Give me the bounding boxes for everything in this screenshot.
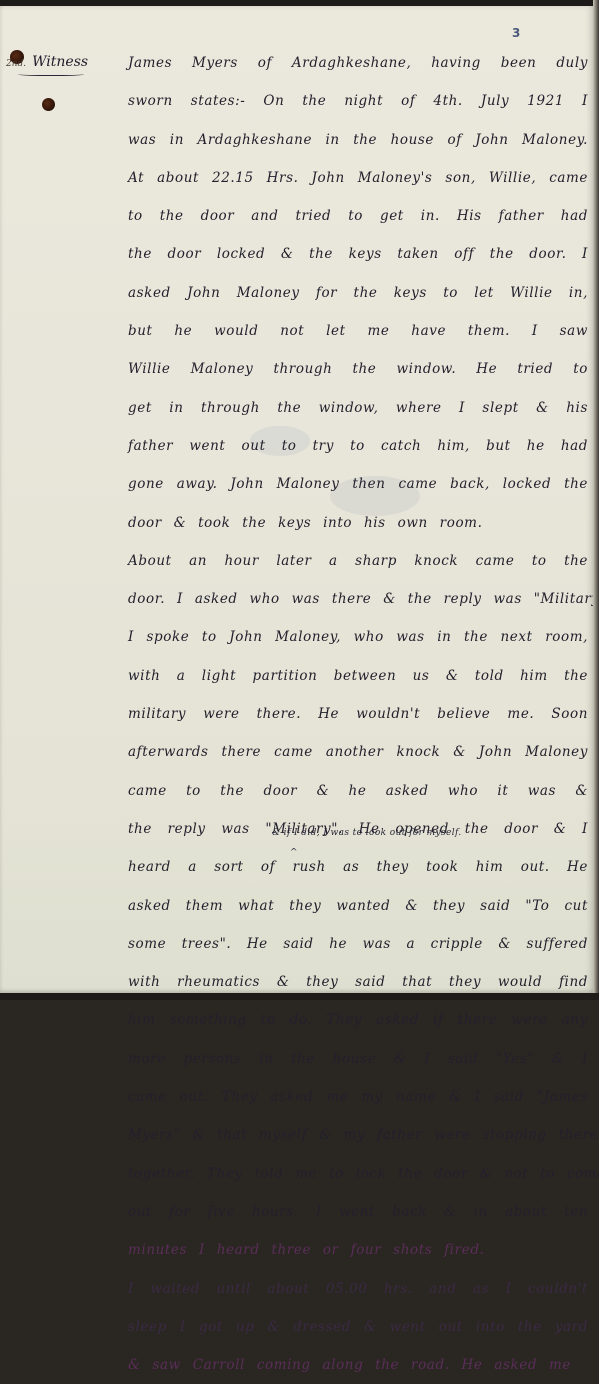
margin-label-underline bbox=[18, 72, 84, 76]
text-line: asked John Maloney for the keys to let W… bbox=[128, 274, 588, 312]
text-line: came to the door & he asked who it was & bbox=[128, 772, 588, 810]
text-line: military were there. He wouldn't believe… bbox=[128, 695, 588, 733]
margin-label-prefix: 2nd. bbox=[6, 59, 26, 69]
text-line: door & took the keys into his own room. bbox=[128, 504, 588, 542]
text-line: I spoke to John Maloney, who was in the … bbox=[128, 618, 588, 656]
text-line: Willie Maloney through the window. He tr… bbox=[128, 350, 588, 388]
text-line: About an hour later a sharp knock came t… bbox=[128, 542, 588, 580]
interlinear-insertion: & if I did, I was to look out for myself… bbox=[272, 828, 462, 838]
margin-label-text: Witness bbox=[32, 54, 88, 70]
text-line: with a light partition between us & told… bbox=[128, 657, 588, 695]
text-line: James Myers of Ardaghkeshane, having bee… bbox=[128, 44, 588, 82]
text-line: At about 22.15 Hrs. John Maloney's son, … bbox=[128, 159, 588, 197]
text-line: gone away. John Maloney then came back, … bbox=[128, 465, 588, 503]
scan-bottom-edge bbox=[0, 993, 599, 1000]
text-line: asked them what they wanted & they said … bbox=[128, 887, 588, 925]
handwritten-statement: James Myers of Ardaghkeshane, having bee… bbox=[128, 44, 588, 1000]
text-line: sworn states:- On the night of 4th. July… bbox=[128, 82, 588, 120]
punch-hole-bottom bbox=[42, 98, 55, 111]
text-line: some trees". He said he was a cripple & … bbox=[128, 925, 588, 963]
text-line: afterwards there came another knock & Jo… bbox=[128, 733, 588, 771]
text-line: to the door and tried to get in. His fat… bbox=[128, 197, 588, 235]
scan-right-edge bbox=[593, 0, 599, 1000]
text-line: was in Ardaghkeshane in the house of Joh… bbox=[128, 121, 588, 159]
text-line: but he would not let me have them. I saw bbox=[128, 312, 588, 350]
text-line: door. I asked who was there & the reply … bbox=[128, 580, 588, 618]
text-line: get in through the window, where I slept… bbox=[128, 389, 588, 427]
insertion-caret: ^ bbox=[290, 848, 298, 858]
text-line: the door locked & the keys taken off the… bbox=[128, 235, 588, 273]
text-line: father went out to try to catch him, but… bbox=[128, 427, 588, 465]
document-page: 3 2nd.Witness James Myers of Ardaghkesha… bbox=[0, 6, 594, 994]
page-number: 3 bbox=[512, 26, 520, 40]
margin-label-witness: 2nd.Witness bbox=[6, 54, 88, 76]
text-line: heard a sort of rush as they took him ou… bbox=[128, 848, 588, 886]
